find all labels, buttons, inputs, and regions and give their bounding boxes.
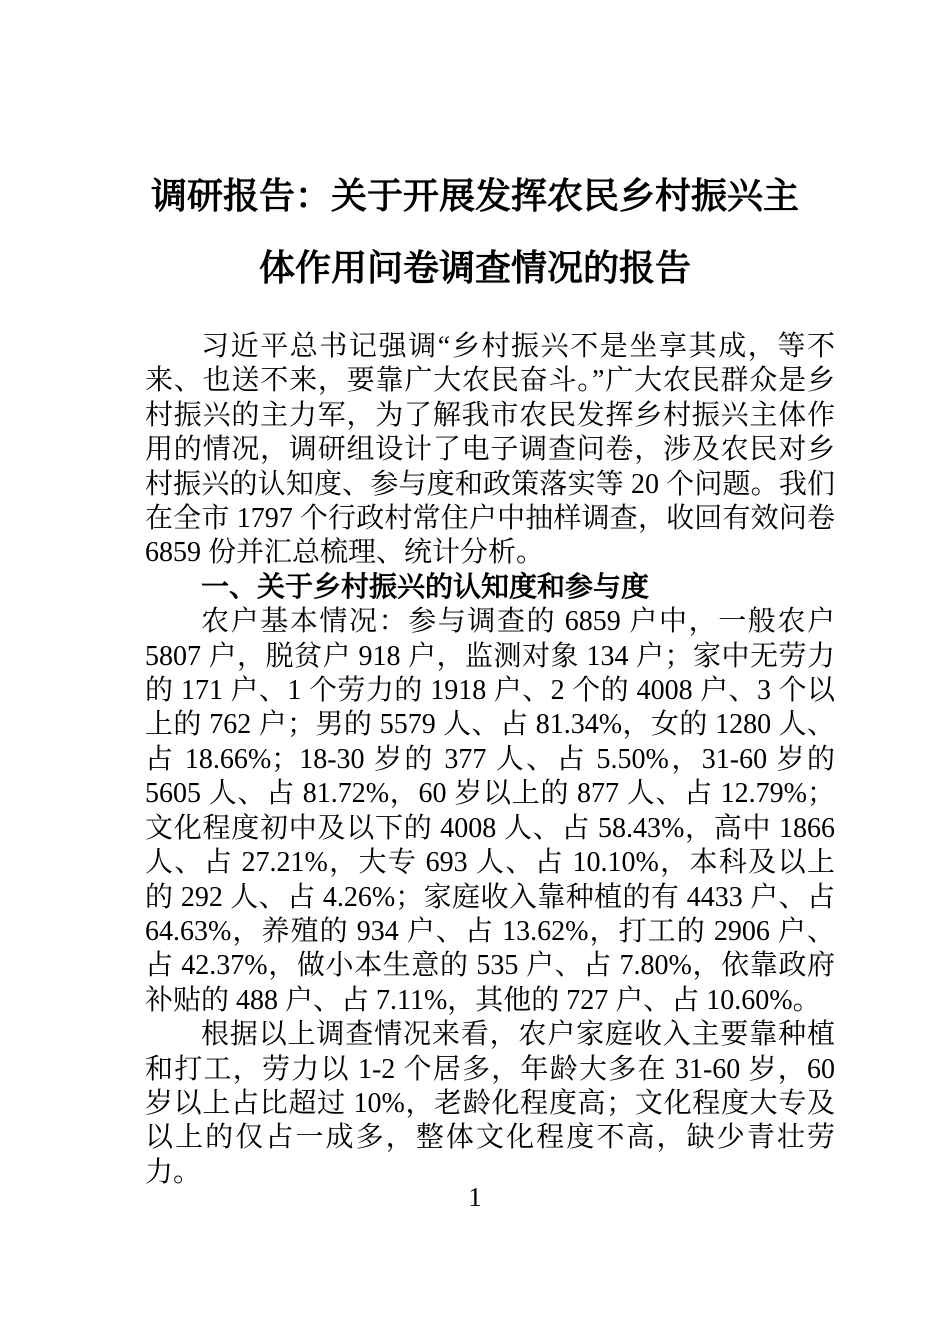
document-title-line-1: 调研报告：关于开展发挥农民乡村振兴主 [130,160,820,232]
document-body: 习近平总书记强调“乡村振兴不是坐享其成，等不来、也送不来，要靠广大农民奋斗。”广… [145,330,835,1190]
paragraph-survey-stats: 农户基本情况：参与调查的 6859 户中，一般农户 5807 户，脱贫户 918… [145,605,835,1018]
page-number: 1 [0,1180,950,1214]
section-heading-1: 一、关于乡村振兴的认知度和参与度 [145,571,835,605]
paragraph-intro: 习近平总书记强调“乡村振兴不是坐享其成，等不来、也送不来，要靠广大农民奋斗。”广… [145,330,835,571]
document-title-line-2: 体作用问卷调查情况的报告 [130,232,820,304]
document-page: 调研报告：关于开展发挥农民乡村振兴主 体作用问卷调查情况的报告 习近平总书记强调… [0,0,950,1344]
document-title: 调研报告：关于开展发挥农民乡村振兴主 体作用问卷调查情况的报告 [130,160,820,304]
paragraph-analysis: 根据以上调查情况来看，农户家庭收入主要靠种植和打工，劳力以 1-2 个居多，年龄… [145,1018,835,1190]
